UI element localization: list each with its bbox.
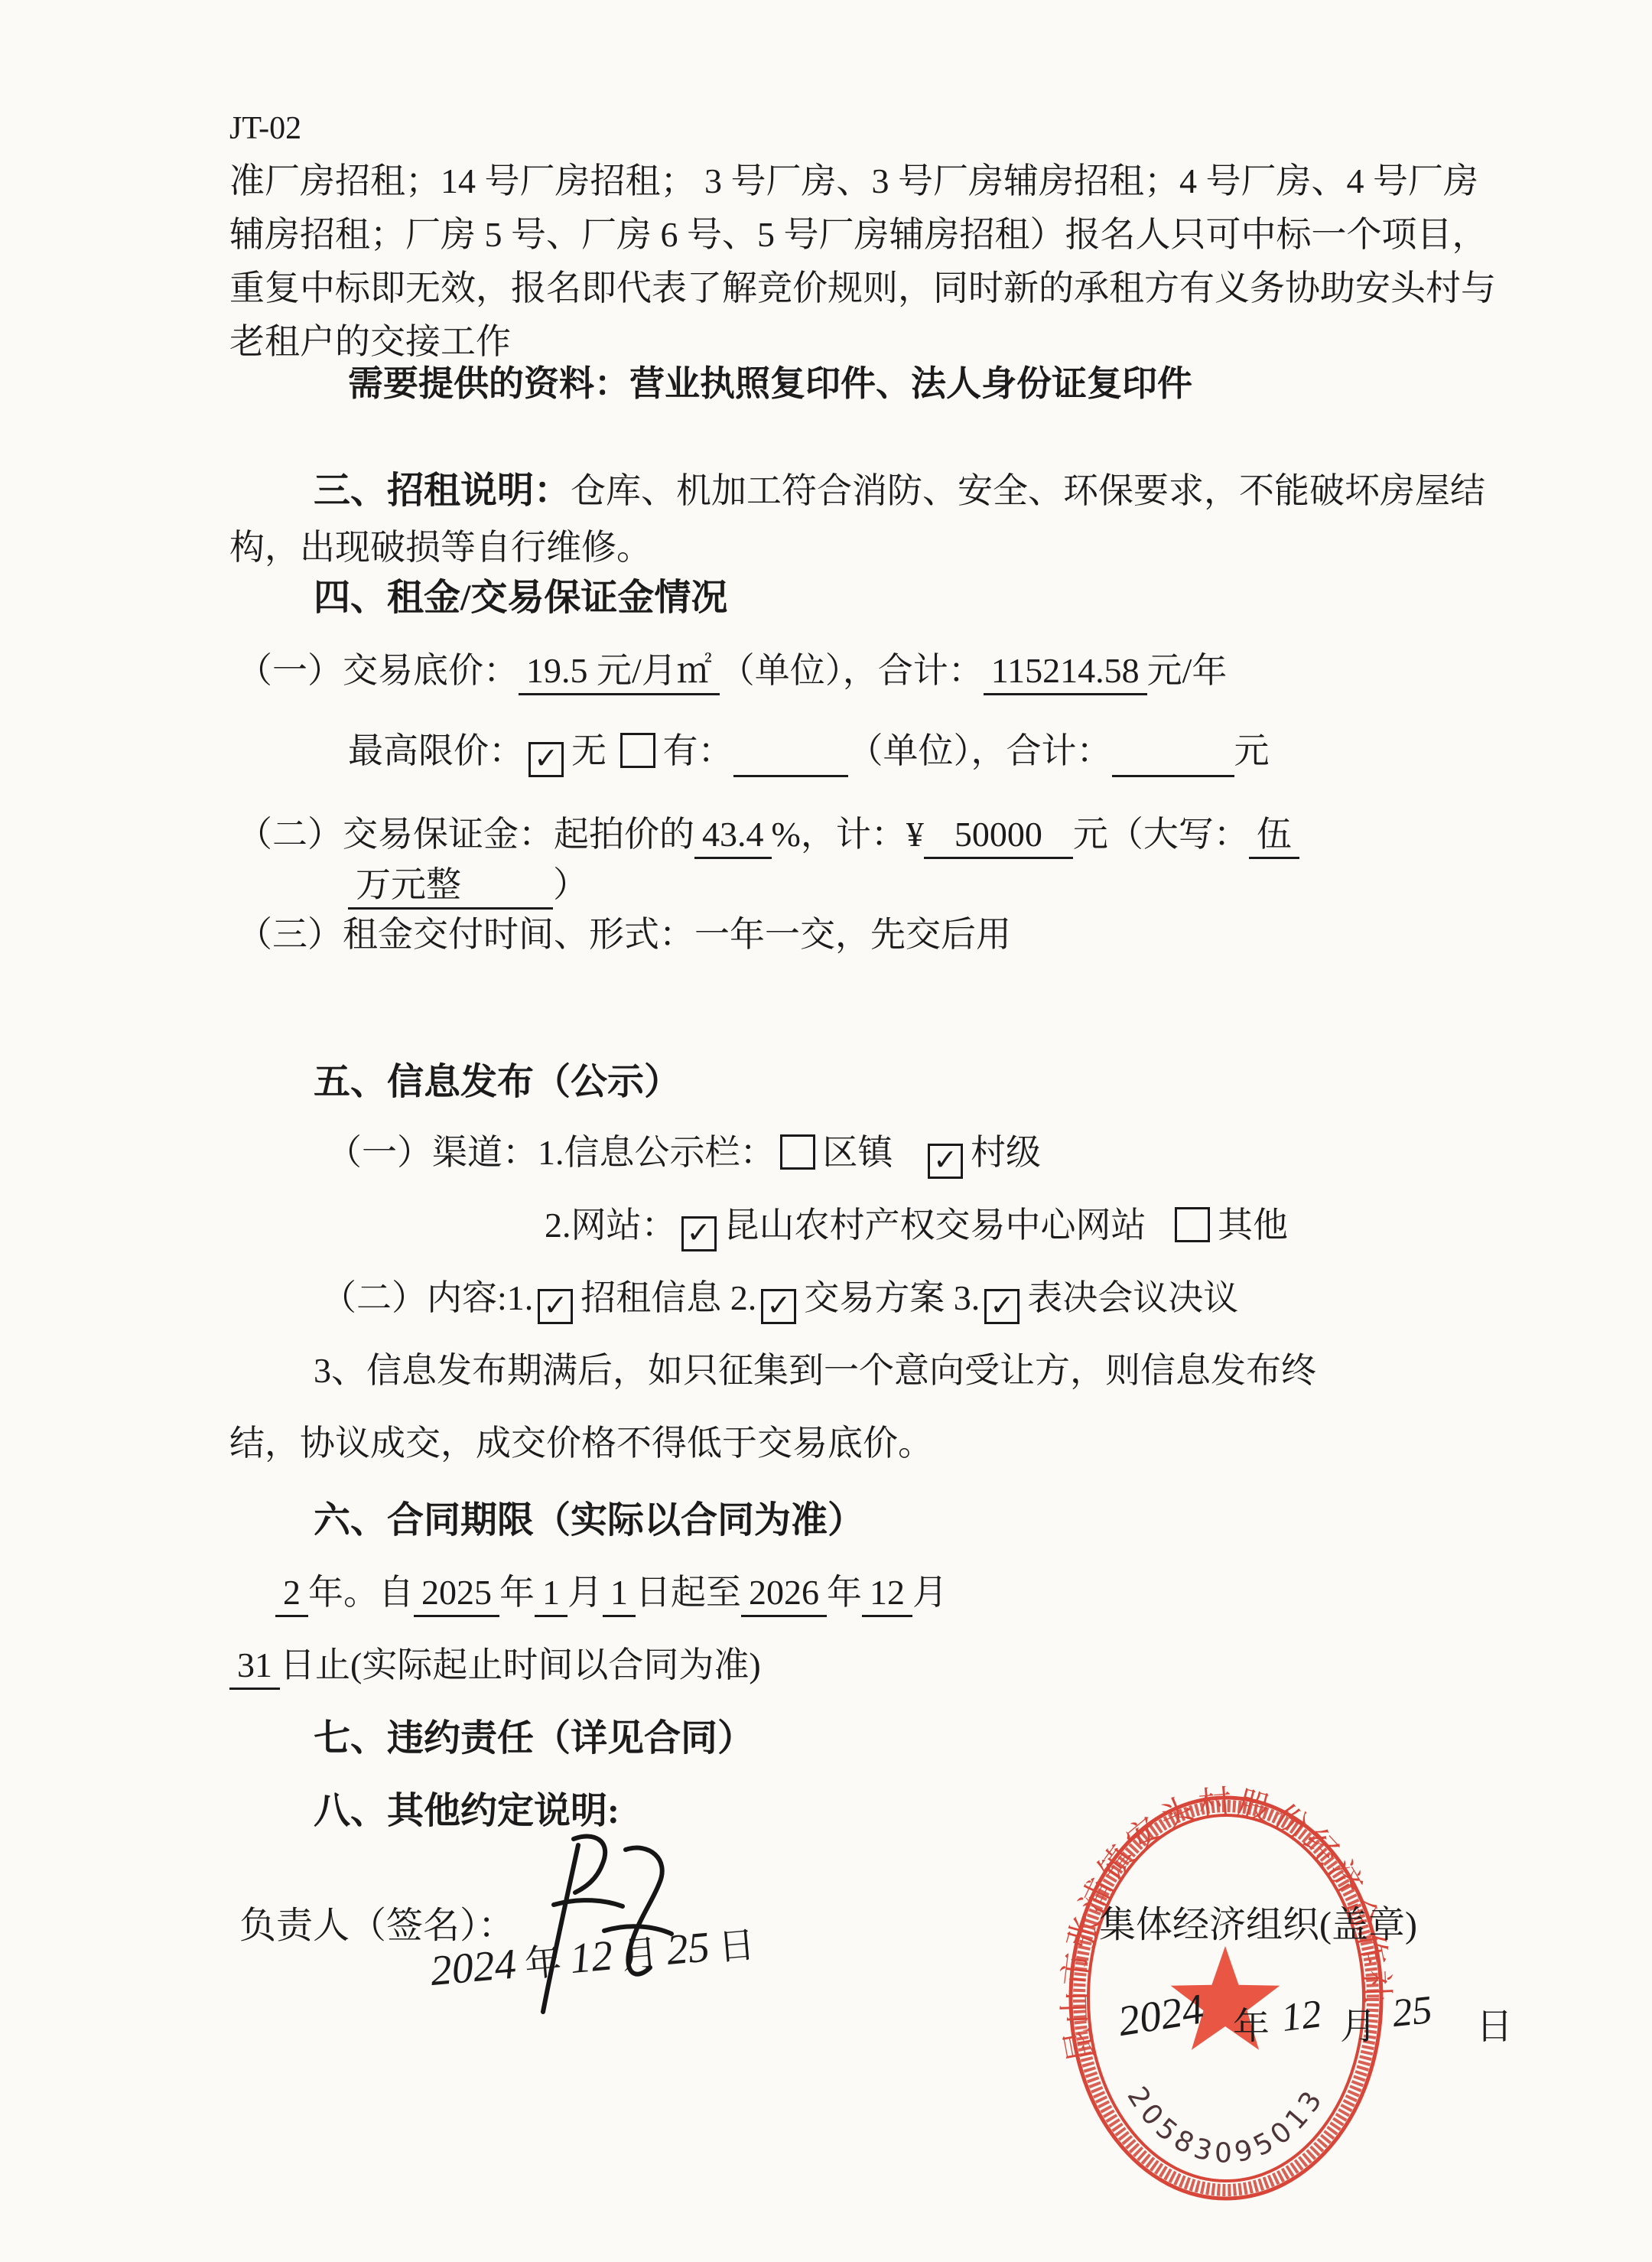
sign-date-year: 2024	[428, 1940, 518, 1995]
rental-info-label: 招租信息	[580, 1278, 721, 1317]
section8-title: 八、其他约定说明:	[314, 1788, 619, 1834]
district-town-label: 区镇	[823, 1133, 893, 1172]
seal-date-day-label: 日	[1476, 2004, 1513, 2050]
term-text-1: 年。自	[308, 1573, 414, 1612]
checkbox-transaction-plan-mark: ✓	[766, 1288, 791, 1322]
base-price-line: （一）交易底价：19.5 元/月㎡（单位），合计：115214.58元/年	[237, 649, 1227, 695]
term-start-month[interactable]: 1	[535, 1570, 567, 1617]
term-text-6: 月	[912, 1573, 948, 1612]
deposit-label: （二）交易保证金：起拍价的	[237, 815, 694, 854]
base-price-mid: （单位），合计：	[720, 651, 984, 690]
official-red-seal: 昆山市张浦镇安头村股份经济合作社 3205830950136	[1055, 1779, 1400, 2222]
seal-date-day: 25	[1390, 1985, 1435, 2039]
transaction-plan-label: 交易方案	[804, 1278, 945, 1317]
deposit-capital-1[interactable]: 伍	[1249, 812, 1299, 859]
checkbox-district-town[interactable]	[780, 1134, 815, 1170]
deposit-percent[interactable]: 43.4	[694, 812, 772, 859]
term-text-2: 年	[499, 1573, 535, 1612]
intro-line-2: 辅房招租；厂房 5 号、厂房 6 号、5 号厂房辅房招租）报名人只可中标一个项目…	[229, 213, 1488, 257]
checkbox-kunshan-exchange-site-mark: ✓	[687, 1216, 711, 1249]
cap-total-blank[interactable]	[1112, 741, 1234, 777]
cap-have-label: 有：	[663, 731, 733, 770]
term-end-year[interactable]: 2026	[741, 1570, 827, 1617]
term-start-day[interactable]: 1	[603, 1570, 636, 1617]
cap-unit-label: （单位），合计：	[848, 731, 1112, 770]
checkbox-cap-have[interactable]	[620, 733, 655, 768]
deposit-capital-2[interactable]: 万元整	[348, 863, 469, 910]
deposit-close-paren: ）	[553, 865, 588, 904]
checkbox-meeting-resolution-mark: ✓	[990, 1288, 1014, 1322]
deposit-mid2: 元（大写：	[1073, 815, 1249, 854]
channel-label: （一）渠道：1.信息公示栏：	[327, 1133, 776, 1172]
required-materials: 需要提供的资料：营业执照复印件、法人身份证复印件	[348, 362, 1192, 406]
intro-line-1: 准厂房招租；14 号厂房招租； 3 号厂房、3 号厂房辅房招租；4 号厂房、4 …	[229, 159, 1478, 203]
website-label: 2.网站：	[545, 1206, 677, 1245]
section7-title: 七、违约责任（详见合同）	[314, 1716, 754, 1762]
village-level-label: 村级	[971, 1133, 1041, 1172]
website-line: 2.网站：✓昆山农村产权交易中心网站 其他	[545, 1203, 1288, 1251]
deposit-mid: %，计：¥	[772, 815, 924, 854]
cap-none-label: 无	[571, 731, 606, 770]
checkbox-village-level-mark: ✓	[933, 1143, 958, 1177]
section3-title: 三、招租说明：	[314, 470, 571, 511]
term-end-day[interactable]: 31	[229, 1643, 280, 1690]
publication-note-line-2: 结，协议成交，成交价格不得低于交易底价。	[229, 1421, 933, 1466]
intro-line-3: 重复中标即无效，报名即代表了解竞价规则，同时新的承租方有义务协助安头村与	[229, 266, 1496, 311]
form-code: JT-02	[229, 109, 301, 149]
term-text-5: 年	[827, 1573, 862, 1612]
sign-date-day-label: 日	[717, 1925, 756, 1968]
seal-party-label: 集体经济组织(盖章)	[1099, 1902, 1417, 1948]
channel-line: （一）渠道：1.信息公示栏：区镇 ✓村级	[327, 1131, 1041, 1179]
base-price-label: （一）交易底价：	[237, 651, 519, 690]
content-line: （二）内容:1.✓招租信息 2.✓交易方案 3.✓表决会议决议	[321, 1276, 1238, 1324]
checkbox-transaction-plan[interactable]: ✓	[761, 1289, 796, 1324]
checkbox-cap-none-mark: ✓	[534, 741, 558, 775]
section6-title: 六、合同期限（实际以合同为准）	[314, 1498, 864, 1544]
content-num-3: 3.	[954, 1278, 980, 1317]
other-site-label: 其他	[1218, 1206, 1288, 1245]
scanned-rental-notice-page: JT-02 准厂房招租；14 号厂房招租； 3 号厂房、3 号厂房辅房招租；4 …	[0, 0, 1652, 2262]
term-years[interactable]: 2	[275, 1570, 308, 1617]
checkbox-rental-info[interactable]: ✓	[538, 1289, 573, 1324]
price-cap-line: 最高限价：✓无 有：（单位），合计：元	[348, 729, 1270, 777]
payment-terms-line: （三）租金交付时间、形式：一年一交，先交后用	[237, 913, 1011, 957]
checkbox-rental-info-mark: ✓	[543, 1288, 567, 1322]
handwritten-signature	[514, 1830, 690, 2033]
checkbox-kunshan-exchange-site[interactable]: ✓	[681, 1216, 717, 1251]
contract-term-line-2: 31 日止(实际起止时间以合同为准)	[229, 1643, 761, 1690]
deposit-amount[interactable]: 50000	[924, 812, 1073, 859]
section3-body: 仓库、机加工符合消防、安全、环保要求，不能破坏房屋结	[571, 471, 1485, 510]
content-label: （二）内容:1.	[321, 1278, 533, 1317]
price-cap-label: 最高限价：	[348, 731, 524, 770]
meeting-resolution-label: 表决会议决议	[1027, 1278, 1238, 1317]
deposit-capital-line: 万元整）	[348, 863, 588, 910]
seal-date-year-label: 年	[1233, 2004, 1270, 2050]
annual-total-unit: 元/年	[1147, 651, 1228, 690]
checkbox-other-site[interactable]	[1175, 1207, 1210, 1242]
publication-note-line-1: 3、信息发布期满后，如只征集到一个意向受让方，则信息发布终	[314, 1349, 1316, 1393]
term-text-4: 日起至	[636, 1573, 741, 1612]
term-end-month[interactable]: 12	[862, 1570, 912, 1617]
base-price-value[interactable]: 19.5 元/月㎡	[519, 649, 720, 695]
kunshan-exchange-site-label: 昆山农村产权交易中心网站	[724, 1206, 1146, 1245]
section3-line-2: 构，出现破损等自行维修。	[229, 526, 652, 570]
checkbox-village-level[interactable]: ✓	[928, 1144, 963, 1179]
annual-total-value[interactable]: 115214.58	[984, 649, 1147, 695]
content-num-2: 2.	[730, 1278, 757, 1317]
contract-term-line: 2 年。自 2025 年 1 月 1 日起至 2026 年 12 月	[275, 1570, 948, 1617]
seal-date-month: 12	[1279, 1989, 1325, 2043]
checkbox-meeting-resolution[interactable]: ✓	[984, 1289, 1019, 1324]
cap-yuan-label: 元	[1234, 731, 1270, 770]
section3-line-1: 三、招租说明：仓库、机加工符合消防、安全、环保要求，不能破坏房屋结	[314, 468, 1485, 514]
term-text-3: 月	[567, 1573, 603, 1612]
cap-amount-blank[interactable]	[733, 741, 848, 777]
section4-title: 四、租金/交易保证金情况	[314, 575, 727, 621]
section5-title: 五、信息发布（公示）	[314, 1059, 681, 1105]
seal-date-month-label: 月	[1340, 2004, 1377, 2050]
intro-line-4: 老租户的交接工作	[229, 320, 511, 364]
checkbox-cap-none[interactable]: ✓	[528, 742, 564, 777]
deposit-line: （二）交易保证金：起拍价的43.4%，计：¥50000元（大写：伍	[237, 812, 1299, 859]
term-end-note: 日止(实际起止时间以合同为准)	[280, 1645, 761, 1684]
term-start-year[interactable]: 2025	[414, 1570, 499, 1617]
deposit-capital-blank[interactable]	[469, 874, 553, 910]
